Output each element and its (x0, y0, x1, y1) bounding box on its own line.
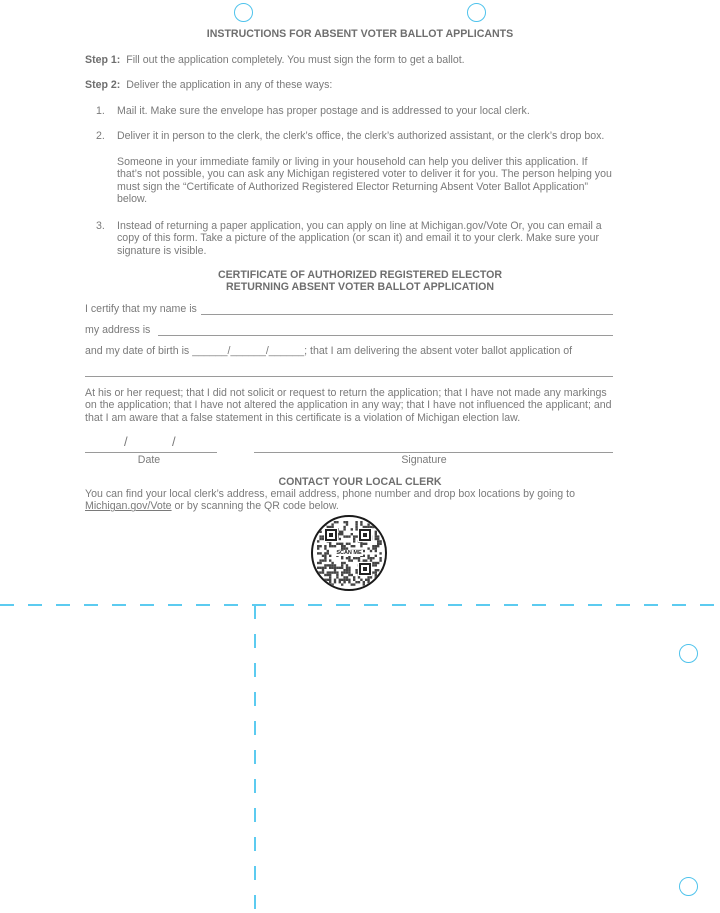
signature-label: Signature (254, 454, 594, 466)
option-number: 1. (96, 105, 105, 117)
option-number: 3. (96, 220, 105, 232)
date-slash: / (172, 436, 176, 448)
name-label: I certify that my name is (85, 303, 197, 315)
address-field[interactable] (158, 335, 613, 336)
date-slash: / (124, 436, 128, 448)
signature-field[interactable] (254, 452, 613, 453)
date-label: Date (85, 454, 213, 466)
page-title: INSTRUCTIONS FOR ABSENT VOTER BALLOT APP… (0, 28, 720, 40)
contact-description-end: or by scanning the QR code below. (172, 500, 339, 512)
michigan-vote-link[interactable]: Michigan.gov/Vote (85, 500, 172, 512)
date-field[interactable] (85, 452, 217, 453)
step-text: Deliver the application in any of these … (126, 79, 332, 91)
option-number: 2. (96, 130, 105, 142)
cut-line-horizontal (0, 604, 720, 606)
applicant-name-field[interactable] (85, 376, 613, 377)
cut-line-vertical (254, 605, 256, 913)
dob-row: and my date of birth is ______/______/__… (85, 345, 572, 357)
registration-mark-icon (234, 3, 253, 22)
registration-mark-icon (679, 644, 698, 663)
dob-suffix: ; that I am delivering the absent voter … (304, 345, 572, 357)
registration-mark-icon (467, 3, 486, 22)
step-label: Step 1: (85, 54, 120, 66)
option-text: Deliver it in person to the clerk, the c… (117, 130, 617, 142)
step-text: Fill out the application completely. You… (126, 54, 464, 66)
contact-title: CONTACT YOUR LOCAL CLERK (0, 476, 720, 488)
certificate-title-line1: CERTIFICATE OF AUTHORIZED REGISTERED ELE… (0, 269, 720, 281)
contact-text: You can find your local clerk’s address,… (85, 488, 625, 513)
qr-code[interactable]: SCAN ME (311, 515, 387, 591)
registration-mark-icon (679, 877, 698, 896)
qr-label: SCAN ME (313, 550, 385, 557)
step-label: Step 2: (85, 79, 120, 91)
option-note: Someone in your immediate family or livi… (117, 156, 613, 206)
option-text: Instead of returning a paper application… (117, 220, 615, 257)
step-1: Step 1: Fill out the application complet… (85, 54, 465, 66)
step-2: Step 2: Deliver the application in any o… (85, 79, 332, 91)
name-field[interactable] (201, 314, 613, 315)
option-text: Mail it. Make sure the envelope has prop… (117, 105, 617, 117)
address-label: my address is (85, 324, 150, 336)
contact-description: You can find your local clerk’s address,… (85, 488, 575, 500)
attestation-text: At his or her request; that I did not so… (85, 387, 615, 424)
dob-field[interactable]: ______/______/______ (192, 345, 304, 357)
certificate-title-line2: RETURNING ABSENT VOTER BALLOT APPLICATIO… (0, 281, 720, 293)
dob-label: and my date of birth is (85, 345, 189, 357)
